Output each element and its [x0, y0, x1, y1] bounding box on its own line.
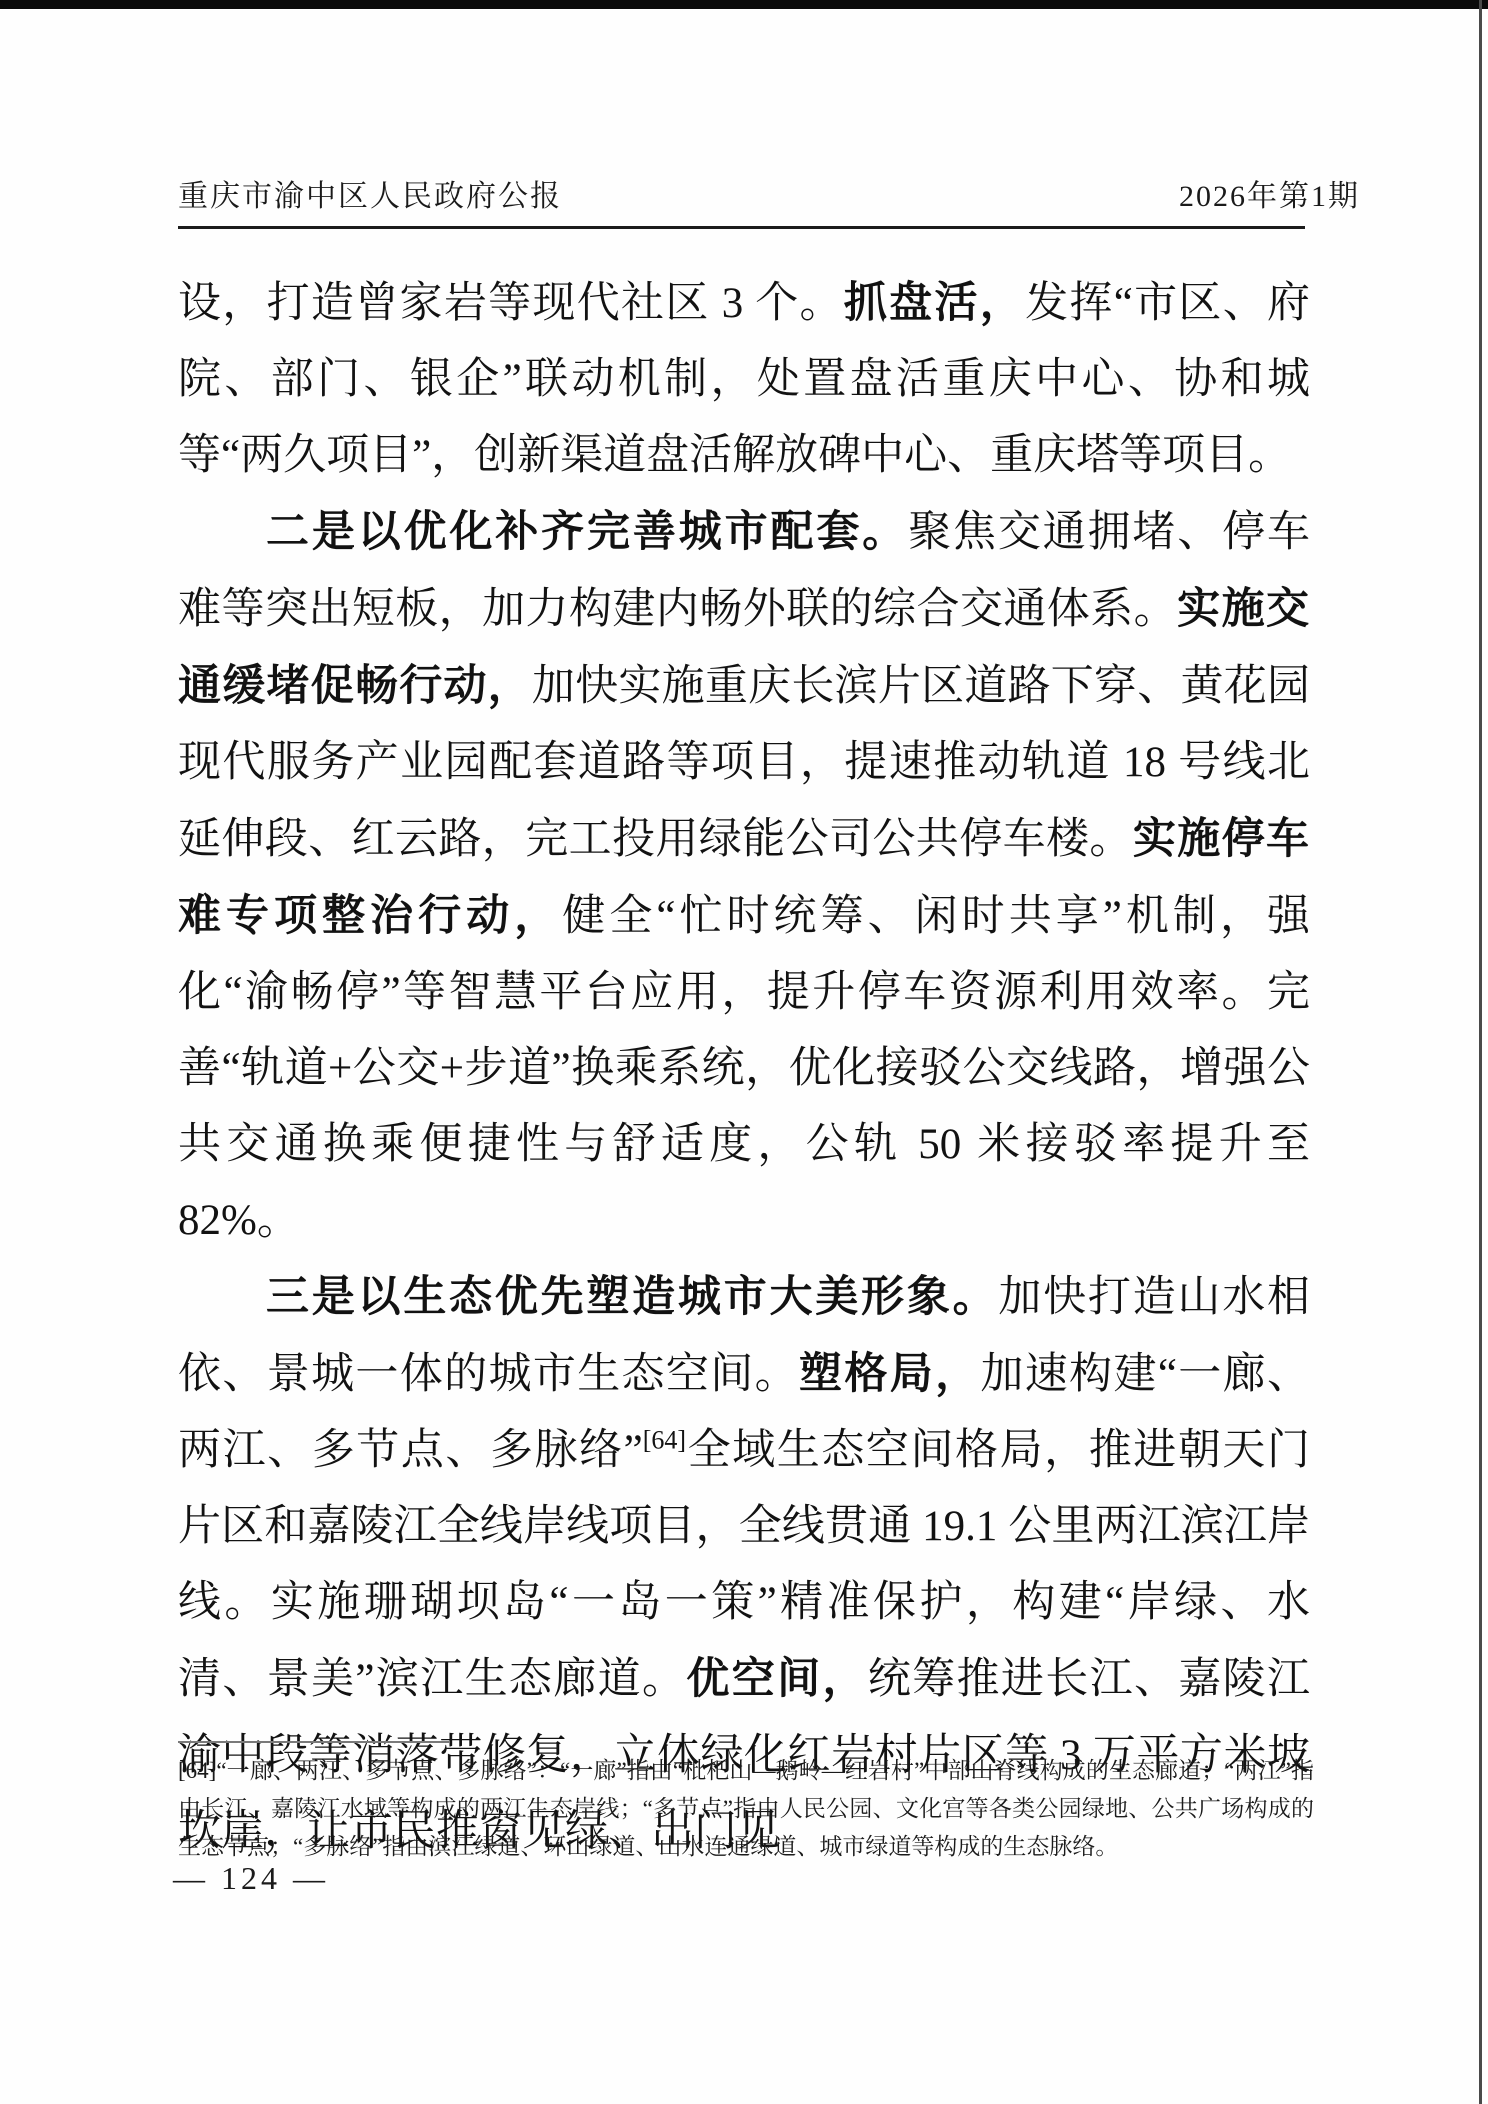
body-run-bold: 三是以生态优先塑造城市大美形象。	[266, 1273, 998, 1321]
body-run-bold: 优空间，	[686, 1655, 867, 1703]
footnote-reference: [64]	[643, 1426, 686, 1455]
page-header: 重庆市渝中区人民政府公报2026年第1期	[178, 178, 1360, 216]
paragraph-city-infrastructure: 二是以优化补齐完善城市配套。聚焦交通拥堵、停车难等突出短板，加力构建内畅外联的综…	[178, 494, 1310, 1259]
body-run: 设，打造曾家岩等现代社区 3 个。	[178, 280, 844, 327]
footnote-text: “一廊、两江、多节点、多脉络”：“一廊”指由“枇杷山—鹅岭—红岩村”中部山脊线构…	[178, 1758, 1314, 1859]
document-body: 设，打造曾家岩等现代社区 3 个。抓盘活，发挥“市区、府院、部门、银企”联动机制…	[178, 265, 1310, 1870]
header-divider	[178, 226, 1305, 229]
document-page: 重庆市渝中区人民政府公报2026年第1期 设，打造曾家岩等现代社区 3 个。抓盘…	[0, 0, 1488, 2104]
body-run-bold: 二是以优化补齐完善城市配套。	[266, 508, 908, 556]
footnote: [64]“一廊、两江、多节点、多脉络”：“一廊”指由“枇杷山—鹅岭—红岩村”中部…	[178, 1752, 1314, 1866]
page-number: — 124 —	[173, 1860, 329, 1897]
issue-label: 2026年第1期	[1179, 178, 1360, 216]
paragraph-continuation: 设，打造曾家岩等现代社区 3 个。抓盘活，发挥“市区、府院、部门、银企”联动机制…	[178, 265, 1310, 494]
footnote-divider	[178, 1741, 450, 1743]
scan-edge-top	[0, 0, 1488, 9]
publication-title: 重庆市渝中区人民政府公报	[178, 178, 562, 216]
scan-edge-right	[1479, 0, 1482, 2104]
body-run-bold: 塑格局，	[799, 1350, 980, 1398]
footnote-marker: [64]	[178, 1758, 216, 1783]
body-run: 健全“忙时统筹、闲时共享”机制，强化“渝畅停”等智慧平台应用，提升停车资源利用效…	[178, 893, 1310, 1244]
body-run-bold: 抓盘活，	[844, 279, 1025, 327]
